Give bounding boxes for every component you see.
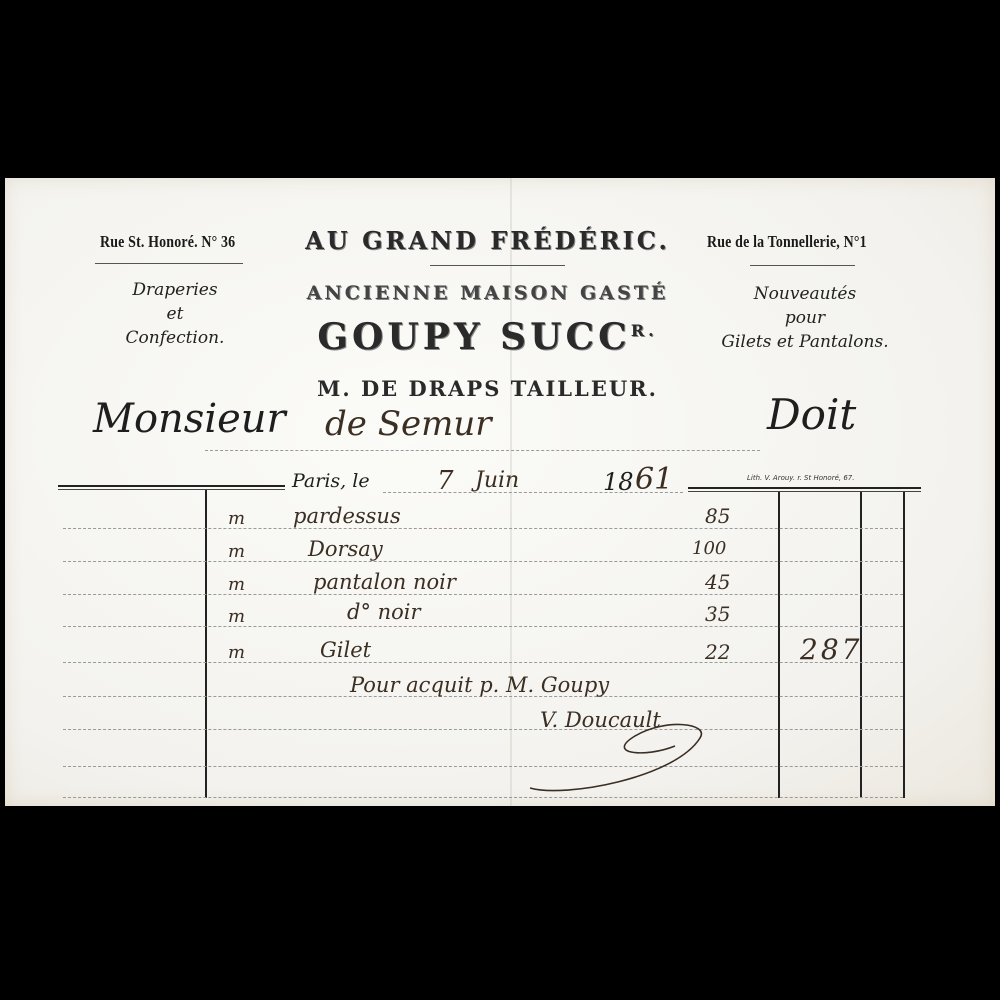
- divider-right: [750, 265, 855, 266]
- ruled-line: [63, 797, 903, 798]
- header-rule-right: [688, 487, 921, 489]
- date-year-suffix: 61: [635, 462, 673, 497]
- divider-left: [95, 263, 243, 264]
- item-description: d° noir: [347, 600, 421, 624]
- signature-flourish: [525, 718, 715, 798]
- addressee-name: de Semur: [325, 404, 492, 444]
- trade: M. DE DRAPS TAILLEUR.: [290, 376, 685, 401]
- owes-label: Doit: [767, 390, 856, 439]
- ruled-line: [63, 594, 903, 595]
- ruled-line: [63, 662, 903, 663]
- header-rule-left: [58, 485, 285, 487]
- item-amount: 100: [692, 538, 726, 559]
- ruled-line: [63, 561, 903, 562]
- qty-mark: m: [228, 541, 245, 562]
- column-line-end: [903, 492, 905, 798]
- header-rule-right-thin: [688, 491, 921, 492]
- item-description: Dorsay: [308, 537, 383, 561]
- successor-sup: R.: [631, 321, 658, 340]
- column-line-amount: [778, 492, 780, 798]
- ruled-line: [63, 626, 903, 627]
- successor-name: GOUPY SUCC: [317, 316, 631, 358]
- item-description: Gilet: [320, 638, 371, 662]
- specialty-right: Nouveautés pour Gilets et Pantalons.: [695, 282, 915, 354]
- item-amount: 22: [705, 640, 730, 664]
- shop-name: AU GRAND FRÉDÉRIC.: [290, 226, 685, 255]
- date-day: 7: [437, 466, 454, 496]
- date-month: Juin: [475, 468, 519, 493]
- former-house: ANCIENNE MAISON GASTÉ: [290, 282, 685, 304]
- ruled-line: [63, 528, 903, 529]
- ruled-line: [63, 729, 903, 730]
- qty-mark: m: [228, 574, 245, 595]
- date-year-prefix: 18: [603, 468, 634, 496]
- header-rule-left-thin: [58, 489, 285, 490]
- successor-line: GOUPY SUCCR.: [290, 316, 685, 358]
- item-description: pardessus: [293, 504, 401, 528]
- printer-credit: Lith. V. Arouy. r. St Honoré, 67.: [747, 474, 854, 482]
- qty-mark: m: [228, 606, 245, 627]
- addressee-rule: [205, 450, 760, 451]
- qty-mark: m: [228, 642, 245, 663]
- address-left: Rue St. Honoré. N° 36: [100, 232, 235, 252]
- invoice-paper: Rue St. Honoré. N° 36 Draperies et Confe…: [5, 178, 995, 806]
- column-line-margin: [205, 490, 207, 798]
- receipt-signature: Pour acquit p. M. Goupy: [350, 673, 609, 697]
- item-description: pantalon noir: [313, 570, 456, 594]
- specialty-left: Draperies et Confection.: [80, 278, 270, 350]
- date-place-label: Paris, le: [292, 470, 370, 492]
- ornament-divider: [430, 265, 565, 266]
- invoice-total: 287: [800, 633, 862, 666]
- addressee-prefix: Monsieur: [93, 396, 286, 442]
- item-amount: 35: [705, 602, 730, 626]
- ruled-line: [63, 766, 903, 767]
- item-amount: 45: [705, 570, 730, 594]
- address-right: Rue de la Tonnellerie, N°1: [707, 232, 867, 252]
- qty-mark: m: [228, 508, 245, 529]
- item-amount: 85: [705, 504, 730, 528]
